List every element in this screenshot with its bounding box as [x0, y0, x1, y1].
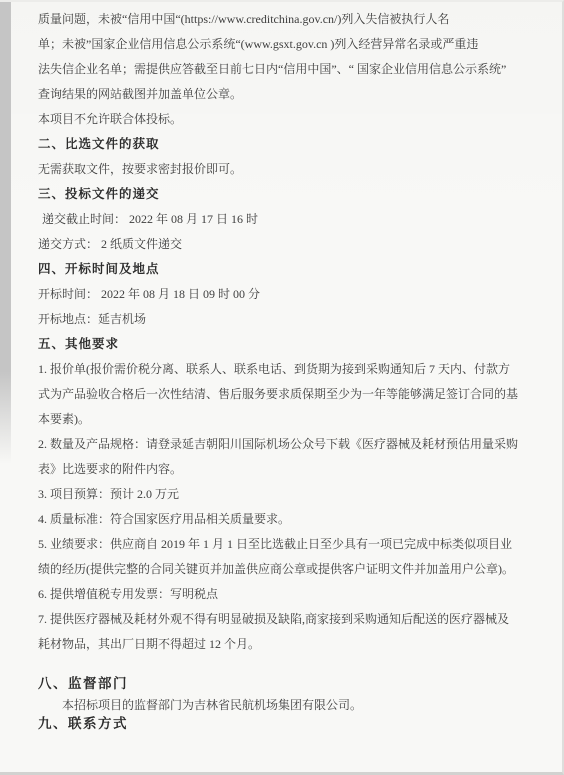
document-line-invoice: 6. 提供增值税专用发票：写明税点 — [38, 587, 546, 601]
document-line: 无需获取文件，按要求密封报价即可。 — [38, 162, 546, 176]
scanned-document-page: 质量问题，未被“信用中国“(https://www.creditchina.go… — [0, 0, 564, 775]
section-heading-contact-info: 九、联系方式 — [38, 716, 546, 732]
document-line: 绩的经历(提供完整的合同关键页并加盖供应商公章或提供客户证明文件并加盖用户公章)… — [38, 562, 546, 576]
document-line: 耗材物品，其出厂日期不得超过 12 个月。 — [38, 637, 546, 651]
document-line-quality-standard: 4. 质量标准：符合国家医疗用品相关质量要求。 — [38, 512, 546, 526]
document-body: 质量问题，未被“信用中国“(https://www.creditchina.go… — [38, 12, 546, 743]
scan-edge-shadow — [0, 2, 11, 772]
document-line: 本要素)。 — [38, 412, 546, 426]
document-line: 7. 提供医疗器械及耗材外观不得有明显破损及缺陷,商家接到采购通知后配送的医疗器… — [38, 612, 546, 626]
document-line-opening-place: 开标地点：延吉机场 — [38, 312, 546, 326]
document-line: 2. 数量及产品规格：请登录延吉朝阳川国际机场公众号下载《医疗器械及耗材预估用量… — [38, 437, 546, 451]
document-line: 查询结果的网站截图并加盖单位公章。 — [38, 87, 546, 101]
section-heading-supervision-dept: 八、监督部门 — [38, 676, 546, 692]
document-line-opening-time: 开标时间： 2022 年 08 月 18 日 09 时 00 分 — [38, 287, 546, 301]
document-line-no-consortium: 本项目不允许联合体投标。 — [38, 112, 546, 126]
section-heading-file-acquisition: 二、比选文件的获取 — [38, 137, 546, 151]
document-line-supervision-dept: 本招标项目的监督部门为吉林省民航机场集团有限公司。 — [38, 698, 546, 712]
document-line: 表》比选要求的附件内容。 — [38, 462, 546, 476]
document-line: 单；未被”国家企业信用信息公示系统“(www.gsxt.gov.cn )列入经营… — [38, 37, 546, 51]
document-line: 法失信企业名单；需提供应答截至日前七日内“信用中国”、“ 国家企业信用信息公示系… — [38, 62, 546, 76]
document-line: 式为产品验收合格后一次性结清、售后服务要求质保期至少为一年等能够满足签订合同的基 — [38, 387, 546, 401]
document-line-submission-method: 递交方式： 2 纸质文件递交 — [38, 237, 546, 251]
section-heading-bid-submission: 三、投标文件的递交 — [38, 187, 546, 201]
section-heading-other-requirements: 五、其他要求 — [38, 337, 546, 351]
document-line: 1. 报价单(报价需价税分离、联系人、联系电话、到货期为接到采购通知后 7 天内… — [38, 362, 546, 376]
section-heading-bid-opening: 四、开标时间及地点 — [38, 262, 546, 276]
document-line: 质量问题，未被“信用中国“(https://www.creditchina.go… — [38, 12, 546, 26]
document-line-submission-deadline: 递交截止时间： 2022 年 08 月 17 日 16 时 — [38, 212, 546, 226]
document-line: 5. 业绩要求：供应商自 2019 年 1 月 1 日至比选截止日至少具有一项已… — [38, 537, 546, 551]
document-line-budget: 3. 项目预算：预计 2.0 万元 — [38, 487, 546, 501]
